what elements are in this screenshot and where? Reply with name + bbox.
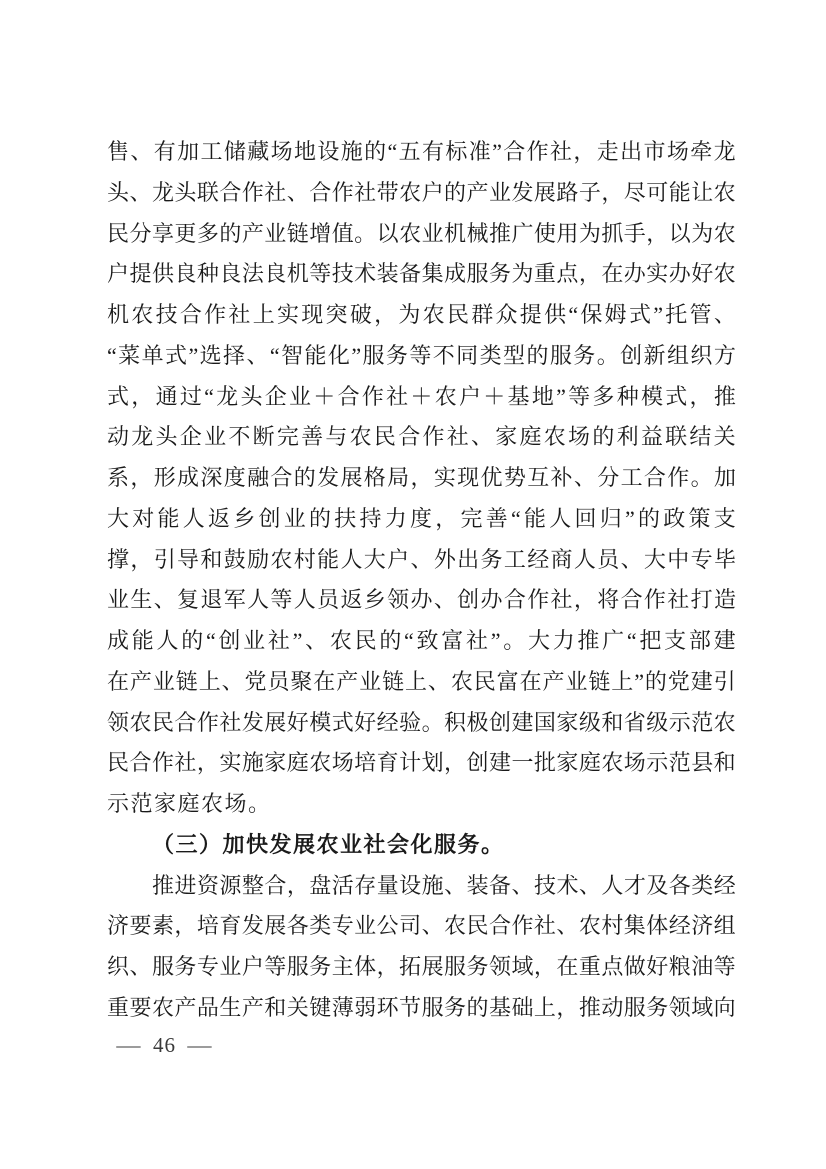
text-line: 民合作社，实施家庭农场培育计划，创建一批家庭农场示范县和 (107, 743, 736, 784)
text-line: 式，通过“龙头企业＋合作社＋农户＋基地”等多种模式，推 (107, 377, 736, 418)
footer-dash-right: — (187, 1033, 212, 1058)
document-page: 售、有加工储藏场地设施的“五有标准”合作社，走出市场牵龙头、龙头联合作社、合作社… (0, 0, 826, 1169)
text-line: 民分享更多的产业链增值。以农业机械推广使用为抓手，以为农 (107, 214, 736, 255)
text-line: 系，形成深度融合的发展格局，实现优势互补、分工合作。加 (107, 458, 736, 499)
page-footer: — 46 — (118, 1031, 211, 1059)
text-line: 售、有加工储藏场地设施的“五有标准”合作社，走出市场牵龙 (107, 132, 736, 173)
text-line: 头、龙头联合作社、合作社带农户的产业发展路子，尽可能让农 (107, 173, 736, 214)
text-line: 织、服务专业户等服务主体，拓展服务领域，在重点做好粮油等 (107, 947, 736, 988)
text-line: 业生、复退军人等人员返乡领办、创办合作社，将合作社打造 (107, 580, 736, 621)
text-line: “菜单式”选择、“智能化”服务等不同类型的服务。创新组织方 (107, 336, 736, 377)
text-line: 示范家庭农场。 (107, 784, 736, 825)
text-line: 动龙头企业不断完善与农民合作社、家庭农场的利益联结关 (107, 417, 736, 458)
text-line: 成能人的“创业社”、农民的“致富社”。大力推广“把支部建 (107, 621, 736, 662)
text-line: 在产业链上、党员聚在产业链上、农民富在产业链上”的党建引 (107, 662, 736, 703)
page-number: 46 (153, 1033, 176, 1058)
text-line: 大对能人返乡创业的扶持力度，完善“能人回归”的政策支 (107, 499, 736, 540)
text-line: 领农民合作社发展好模式好经验。积极创建国家级和省级示范农 (107, 703, 736, 744)
section-heading: （三）加快发展农业社会化服务。 (107, 825, 736, 866)
text-line: 户提供良种良法良机等技术装备集成服务为重点，在办实办好农 (107, 254, 736, 295)
text-line: 推进资源整合，盘活存量设施、装备、技术、人才及各类经 (107, 866, 736, 907)
text-line: 撑，引导和鼓励农村能人大户、外出务工经商人员、大中专毕 (107, 540, 736, 581)
text-line: 重要农产品生产和关键薄弱环节服务的基础上，推动服务领域向 (107, 988, 736, 1029)
text-line: 济要素，培育发展各类专业公司、农民合作社、农村集体经济组 (107, 906, 736, 947)
text-line: 机农技合作社上实现突破，为农民群众提供“保姆式”托管、 (107, 295, 736, 336)
document-body: 售、有加工储藏场地设施的“五有标准”合作社，走出市场牵龙头、龙头联合作社、合作社… (107, 132, 736, 1029)
footer-dash-left: — (116, 1033, 141, 1058)
